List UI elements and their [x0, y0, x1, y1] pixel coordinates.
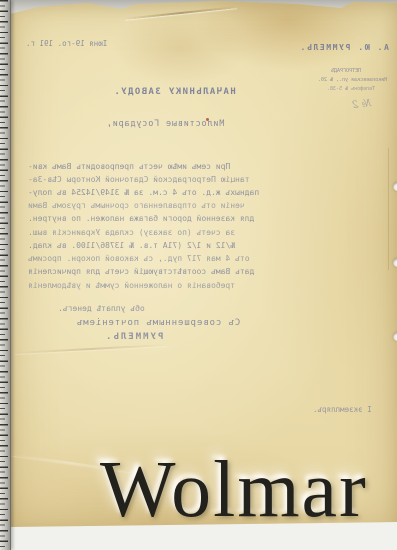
- binder-hole: [393, 182, 397, 191]
- paper-crease-middle: [15, 344, 167, 354]
- ruler: [0, 0, 11, 550]
- scan-background: Іюня 19-го. 191 г.А. Ю. РУММЕЛЬ.ПЕТРОГРА…: [0, 0, 397, 550]
- binder-hole: [393, 258, 397, 267]
- ink-speck: [206, 118, 209, 121]
- paper-crease-top: [125, 6, 237, 20]
- binder-hole: [393, 332, 397, 341]
- paper-fold-line: [388, 148, 389, 270]
- watermark-wolmar: Wolmar: [100, 450, 368, 530]
